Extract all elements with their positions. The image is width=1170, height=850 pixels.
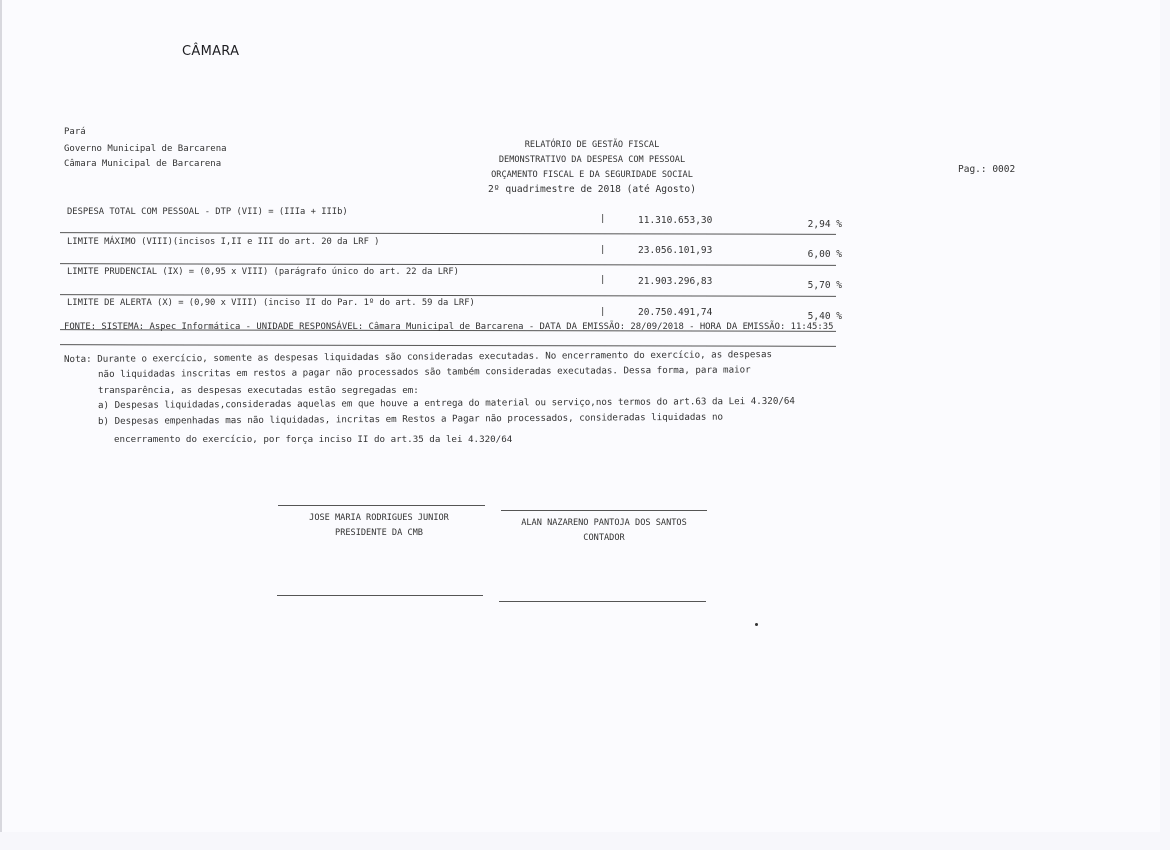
org-state: Pará: [64, 127, 86, 137]
row-label: LIMITE DE ALERTA (X) = (0,90 x VIII) (in…: [67, 298, 475, 308]
row-label: LIMITE PRUDENCIAL (IX) = (0,95 x VIII) (…: [67, 267, 459, 277]
signature-line-bottom: [277, 595, 483, 596]
note-item-b-continued: encerramento do exercício, por força inc…: [114, 434, 512, 445]
row-percent: 5,70 %: [782, 280, 842, 291]
scan-speck: [755, 623, 758, 626]
signatory-role: CONTADOR: [484, 533, 724, 543]
report-title: RELATÓRIO DE GESTÃO FISCAL: [472, 140, 712, 150]
row-divider: [60, 263, 836, 266]
row-value: 23.056.101,93: [638, 245, 712, 256]
org-chamber: Câmara Municipal de Barcarena: [64, 159, 221, 169]
row-value: 20.750.491,74: [638, 307, 712, 318]
column-separator: |: [600, 275, 605, 285]
document-heading: CÂMARA: [182, 44, 239, 59]
row-value: 21.903.296,83: [638, 276, 712, 287]
signature-line: [278, 505, 485, 506]
row-label: LIMITE MÁXIMO (VIII)(incisos I,II e III …: [67, 237, 379, 247]
signatory-name: JOSE MARIA RODRIGUES JUNIOR: [259, 513, 499, 523]
row-divider: [60, 294, 836, 297]
note-line: Nota: Durante o exercício, somente as de…: [64, 349, 772, 365]
note-line: não liquidadas inscritas em restos a pag…: [98, 364, 751, 380]
page-number: Pag.: 0002: [958, 164, 1015, 175]
signatory-name: ALAN NAZARENO PANTOJA DOS SANTOS: [484, 518, 724, 528]
report-subtitle: DEMONSTRATIVO DA DESPESA COM PESSOAL: [472, 155, 712, 165]
note-item-a: a) Despesas liquidadas,consideradas aque…: [98, 396, 795, 411]
column-separator: |: [600, 307, 605, 317]
row-divider: [60, 232, 836, 235]
signature-line-bottom: [499, 601, 706, 602]
footer-divider: [60, 344, 836, 347]
report-period: 2º quadrimestre de 2018 (até Agosto): [472, 184, 712, 195]
source-footer: FONTE: SISTEMA: Aspec Informática - UNID…: [64, 322, 833, 332]
signatory-role: PRESIDENTE DA CMB: [259, 528, 499, 538]
row-percent: 5,40 %: [782, 311, 842, 322]
row-value: 11.310.653,30: [638, 215, 712, 226]
row-percent: 2,94 %: [782, 219, 842, 230]
signature-line: [501, 510, 707, 511]
note-line: transparência, as despesas executadas es…: [98, 385, 419, 396]
document-page: CÂMARA Pará Governo Municipal de Barcare…: [0, 0, 1160, 832]
note-item-b: b) Despesas empenhadas mas não liquidada…: [98, 412, 723, 427]
row-percent: 6,00 %: [782, 249, 842, 260]
org-government: Governo Municipal de Barcarena: [64, 144, 227, 154]
column-separator: |: [600, 214, 605, 224]
report-budget-scope: ORÇAMENTO FISCAL E DA SEGURIDADE SOCIAL: [472, 170, 712, 180]
row-label: DESPESA TOTAL COM PESSOAL - DTP (VII) = …: [67, 207, 348, 217]
column-separator: |: [600, 245, 605, 255]
